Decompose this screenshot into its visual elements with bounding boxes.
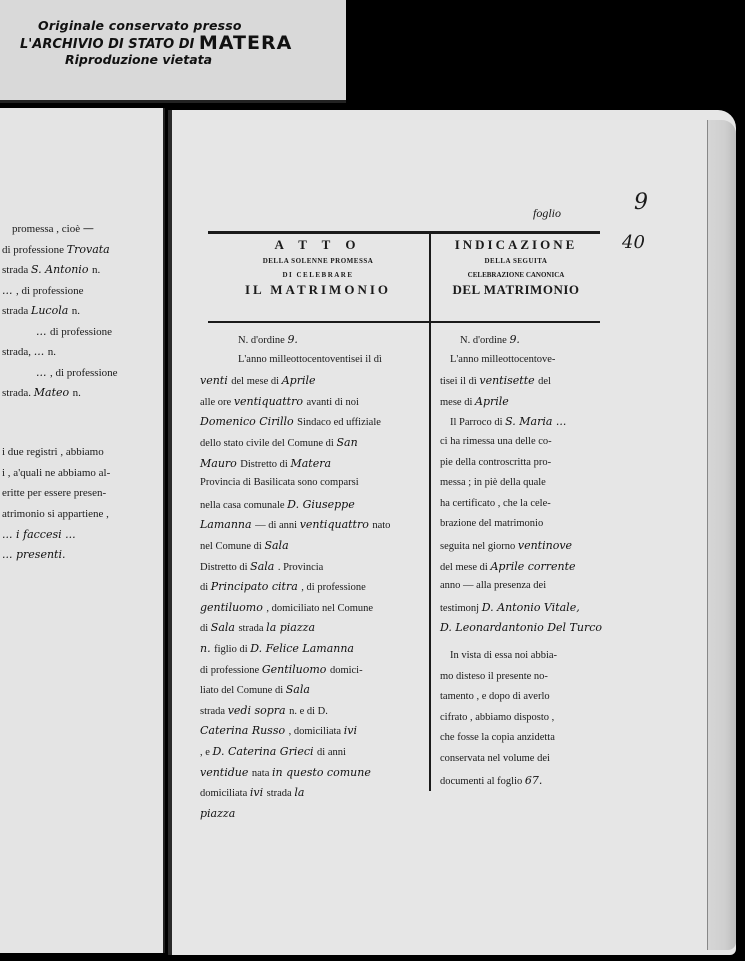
text-line: cifrato , abbiamo disposto , (440, 712, 554, 723)
printed-text: n. (72, 305, 80, 317)
text-line: nella casa comunale D. Giuseppe (200, 498, 355, 511)
handwritten-entry: venti (200, 374, 231, 387)
printed-text: di professione (2, 244, 67, 256)
printed-text: , di professione (301, 582, 365, 593)
printed-text: liato del Comune di (200, 685, 286, 696)
handwritten-entry: D. Antonio Vitale, (482, 601, 580, 614)
text-line: del mese di Aprile corrente (440, 560, 576, 573)
printed-text: anno — alla presenza dei (440, 580, 546, 591)
printed-text: , di professione (50, 367, 118, 379)
left-page-line: eritte per essere presen- (2, 487, 106, 499)
handwritten-entry: San (336, 436, 357, 449)
handwritten-entry: ivi (344, 724, 357, 737)
printed-text: nella casa comunale (200, 500, 287, 511)
text-line: N. d'ordine 9. (460, 333, 520, 346)
left-page-line: promessa , cioè — (12, 222, 94, 235)
printed-text: N. d'ordine (238, 335, 287, 346)
text-line: tisei il dì ventisette del (440, 374, 551, 387)
handwritten-entry: Trovata (67, 243, 110, 256)
right-header-main: DEL MATRIMONIO (432, 282, 600, 298)
handwritten-entry: Caterina Russo (200, 724, 289, 737)
handwritten-entry: n. (200, 642, 214, 655)
left-header-title: A T T O (208, 237, 428, 253)
printed-text: strada, (2, 346, 34, 358)
handwritten-entry: D. Felice Lamanna (250, 642, 354, 655)
stamp-archive-name: L'ARCHIVIO DI STATO DI (20, 37, 194, 52)
handwritten-entry: 9. (287, 333, 298, 346)
left-header-sub1: DELLA SOLENNE PROMESSA (208, 257, 428, 265)
printed-text: — di anni (255, 520, 300, 531)
handwritten-entry: ventidue (200, 766, 252, 779)
text-line: alle ore ventiquattro avanti di noi (200, 395, 359, 408)
left-page-line: i due registri , abbiamo (2, 446, 104, 458)
handwritten-entry: Sala (264, 539, 288, 552)
left-page-handwriting: ... i faccesi ... (2, 528, 76, 541)
printed-text: del mese di (231, 376, 281, 387)
text-line: L'anno milleottocentoventisei il dì (238, 354, 382, 365)
printed-text: . Provincia (278, 562, 324, 573)
text-line: ci ha rimessa una delle co- (440, 436, 552, 447)
handwritten-entry: — (83, 222, 94, 235)
left-page-line: di professione Trovata (2, 243, 110, 256)
handwritten-entry: Principato citra (211, 580, 302, 593)
text-line: ha certificato , che la cele- (440, 498, 551, 509)
printed-text: figlio di (214, 644, 250, 655)
printed-text: strada (238, 623, 266, 634)
handwritten-entry: Domenico Cirillo (200, 415, 297, 428)
printed-text: del mese di (440, 562, 490, 573)
text-line: N. d'ordine 9. (238, 333, 298, 346)
printed-text: di anni (317, 747, 346, 758)
left-page-line: ... , di professione (36, 366, 118, 379)
text-line: Domenico Cirillo Sindaco ed uffiziale (200, 415, 381, 428)
printed-text: tisei il dì (440, 376, 479, 387)
handwritten-entry: ventiquattro (234, 395, 307, 408)
text-line: L'anno milleottocentove- (450, 354, 555, 365)
printed-text: Distretto di (200, 562, 250, 573)
printed-text: strada (200, 706, 228, 717)
text-line: conservata nel volume dei (440, 753, 550, 764)
text-line: messa ; in piè della quale (440, 477, 546, 488)
handwritten-entry: ventisette (479, 374, 538, 387)
text-line: seguita nel giorno ventinove (440, 539, 572, 552)
printed-text: domiciliata (200, 788, 250, 799)
handwritten-entry: 67. (525, 774, 543, 787)
handwritten-entry: D. Leonardantonio Del Turco (440, 621, 602, 634)
handwritten-entry: piazza (200, 807, 235, 820)
printed-text: pie della controscritta pro- (440, 457, 551, 468)
printed-text: di professione (200, 665, 262, 676)
stamp-city: MATERA (199, 32, 292, 54)
printed-text: conservata nel volume dei (440, 753, 550, 764)
left-page-line: strada, ... n. (2, 345, 56, 358)
text-line: Lamanna — di anni ventiquattro nato (200, 518, 390, 531)
handwritten-entry: Lamanna (200, 518, 255, 531)
right-page: foglio 9 40 A T T O DELLA SOLENNE PROMES… (168, 110, 736, 955)
printed-text: , e (200, 747, 213, 758)
text-line: testimonj D. Antonio Vitale, (440, 601, 580, 614)
text-line: tamento , e dopo di averlo (440, 691, 550, 702)
left-header: A T T O DELLA SOLENNE PROMESSA DI CELEBR… (208, 237, 428, 298)
handwritten-entry: ... (36, 366, 50, 379)
handwritten-entry: Mateo (34, 386, 73, 399)
text-line: Provincia di Basilicata sono comparsi (200, 477, 359, 488)
printed-text: di (200, 582, 211, 593)
handwritten-entry: la (294, 786, 304, 799)
left-header-sub2: DI CELEBRARE (208, 271, 428, 279)
printed-text: mese di (440, 397, 475, 408)
left-page-line: ... di professione (36, 325, 112, 338)
left-page-line: strada S. Antonio n. (2, 263, 100, 276)
text-line: venti del mese di Aprile (200, 374, 316, 387)
printed-text: , domiciliata (289, 726, 344, 737)
printed-text: seguita nel giorno (440, 541, 518, 552)
printed-text: testimonj (440, 603, 482, 614)
handwritten-entry: Mauro (200, 457, 240, 470)
text-line: nel Comune di Sala (200, 539, 289, 552)
left-page-line: strada Lucola n. (2, 304, 80, 317)
printed-text: avanti di noi (306, 397, 359, 408)
printed-text: n. (92, 264, 100, 276)
printed-text: del (538, 376, 551, 387)
left-page-line: atrimonio si appartiene , (2, 508, 109, 520)
printed-text: di (200, 623, 211, 634)
text-line: n. figlio di D. Felice Lamanna (200, 642, 354, 655)
handwritten-entry: Aprile (475, 395, 509, 408)
printed-text: tamento , e dopo di averlo (440, 691, 550, 702)
text-line: Il Parroco di S. Maria ... (450, 415, 566, 428)
text-line: di Principato citra , di professione (200, 580, 366, 593)
printed-text: n. (73, 387, 81, 399)
handwritten-entry: ventinove (518, 539, 572, 552)
text-line: Mauro Distretto di Matera (200, 457, 331, 470)
column-divider (429, 231, 431, 791)
handwritten-entry: in questo comune (272, 766, 371, 779)
text-line: Caterina Russo , domiciliata ivi (200, 724, 357, 737)
text-line: ventidue nata in questo comune (200, 766, 371, 779)
printed-text: strada (2, 305, 31, 317)
handwritten-entry: Lucola (31, 304, 72, 317)
left-page-handwriting: ... presenti. (2, 548, 65, 561)
text-line: che fosse la copia anzidetta (440, 732, 555, 743)
handwritten-entry: Aprile (282, 374, 316, 387)
printed-text: che fosse la copia anzidetta (440, 732, 555, 743)
printed-text: ci ha rimessa una delle co- (440, 436, 552, 447)
handwritten-entry: Sala (211, 621, 239, 634)
printed-text: documenti al foglio (440, 776, 525, 787)
printed-text: cifrato , abbiamo disposto , (440, 712, 554, 723)
text-line: piazza (200, 807, 235, 820)
printed-text: messa ; in piè della quale (440, 477, 546, 488)
left-page-line: i , a'quali ne abbiamo al- (2, 467, 110, 479)
printed-text: L'anno milleottocentoventisei il dì (238, 354, 382, 365)
printed-text: , domiciliato nel Comune (266, 603, 373, 614)
handwritten-entry: ... (36, 325, 50, 338)
printed-text: Provincia di Basilicata sono comparsi (200, 477, 359, 488)
handwritten-entry: Aprile corrente (490, 560, 575, 573)
text-line: mese di Aprile (440, 395, 509, 408)
printed-text: promessa , cioè (12, 223, 83, 235)
handwritten-entry: 9. (509, 333, 520, 346)
printed-text: ha certificato , che la cele- (440, 498, 551, 509)
archive-stamp: Originale conservato presso L'ARCHIVIO D… (0, 0, 346, 103)
top-rule (208, 231, 600, 234)
handwritten-entry: gentiluomo (200, 601, 266, 614)
text-line: di Sala strada la piazza (200, 621, 315, 634)
text-line: gentiluomo , domiciliato nel Comune (200, 601, 373, 614)
text-line: brazione del matrimonio (440, 518, 543, 529)
printed-text: , di professione (16, 285, 84, 297)
printed-text: Sindaco ed uffiziale (297, 417, 381, 428)
text-line: In vista di essa noi abbia- (450, 650, 557, 661)
stamp-line-1: Originale conservato presso (38, 18, 242, 33)
text-line: di professione Gentiluomo domici- (200, 663, 363, 676)
handwritten-entry: Sala (250, 560, 278, 573)
printed-text: alle ore (200, 397, 234, 408)
printed-text: mo disteso il presente no- (440, 671, 548, 682)
printed-text: domici- (330, 665, 363, 676)
text-line: pie della controscritta pro- (440, 457, 551, 468)
handwritten-entry: S. Antonio (31, 263, 92, 276)
text-line: Distretto di Sala . Provincia (200, 560, 323, 573)
page-edge (707, 120, 736, 950)
handwritten-entry: Matera (290, 457, 331, 470)
handwritten-entry: S. Maria ... (505, 415, 566, 428)
handwritten-entry: Sala (286, 683, 310, 696)
text-line: liato del Comune di Sala (200, 683, 310, 696)
left-page-line: strada. Mateo n. (2, 386, 81, 399)
text-line: strada vedi sopra n. e di D. (200, 704, 328, 717)
printed-text: N. d'ordine (460, 335, 509, 346)
stamp-line-2: L'ARCHIVIO DI STATO DI MATERA (20, 32, 292, 54)
folio-mark: 40 (622, 232, 645, 253)
right-header-sub1: DELLA SEGUITA (432, 257, 600, 265)
header-rule (208, 321, 600, 323)
foglio-label: foglio (533, 206, 561, 221)
handwritten-entry: vedi sopra (228, 704, 289, 717)
printed-text: n. (48, 346, 56, 358)
printed-text: In vista di essa noi abbia- (450, 650, 557, 661)
right-header: INDICAZIONE DELLA SEGUITA CELEBRAZIONE C… (432, 237, 600, 298)
right-header-title: INDICAZIONE (432, 237, 600, 253)
handwritten-entry: Gentiluomo (262, 663, 330, 676)
text-line: , e D. Caterina Grieci di anni (200, 745, 346, 758)
printed-text: di professione (50, 326, 112, 338)
left-page: promessa , cioè — di professione Trovata… (0, 108, 165, 953)
folio-number: 9 (634, 190, 648, 215)
handwritten-entry: ivi (250, 786, 267, 799)
printed-text: L'anno milleottocentove- (450, 354, 555, 365)
printed-text: strada (267, 788, 295, 799)
printed-text: Distretto di (240, 459, 290, 470)
stamp-line-3: Riproduzione vietata (65, 52, 212, 67)
printed-text: brazione del matrimonio (440, 518, 543, 529)
printed-text: dello stato civile del Comune di (200, 438, 336, 449)
left-page-line: ... , di professione (2, 284, 84, 297)
printed-text: strada (2, 264, 31, 276)
text-line: mo disteso il presente no- (440, 671, 548, 682)
printed-text: strada. (2, 387, 34, 399)
text-line: dello stato civile del Comune di San (200, 436, 358, 449)
handwritten-entry: la piazza (266, 621, 315, 634)
printed-text: nato (372, 520, 390, 531)
text-line: anno — alla presenza dei (440, 580, 546, 591)
right-header-sub2: CELEBRAZIONE CANONICA (432, 271, 600, 279)
text-line: documenti al foglio 67. (440, 774, 542, 787)
handwritten-entry: ... (34, 345, 48, 358)
handwritten-entry: D. Caterina Grieci (213, 745, 318, 758)
printed-text: nata (252, 768, 272, 779)
handwritten-entry: ... (2, 284, 16, 297)
text-line: D. Leonardantonio Del Turco (440, 621, 602, 634)
printed-text: nel Comune di (200, 541, 264, 552)
handwritten-entry: D. Giuseppe (287, 498, 355, 511)
left-header-main: IL MATRIMONIO (208, 282, 428, 298)
printed-text: n. e di D. (289, 706, 328, 717)
handwritten-entry: ventiquattro (300, 518, 373, 531)
text-line: domiciliata ivi strada la (200, 786, 304, 799)
printed-text: Il Parroco di (450, 417, 505, 428)
